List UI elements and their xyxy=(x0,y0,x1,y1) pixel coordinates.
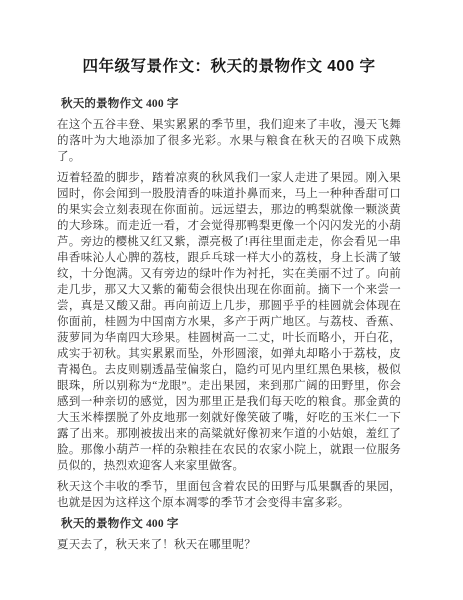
document-page: 四年级写景作文：秋天的景物作文 400 字 秋天的景物作文 400 字 在这个五… xyxy=(0,0,463,600)
section-heading-2: 秋天的景物作文 400 字 xyxy=(57,516,401,532)
paragraph-intro: 在这个五谷丰登、果实累累的季节里，我们迎来了丰收，漫天飞舞的落叶为大地添加了很多… xyxy=(57,117,401,165)
paragraph-conclusion: 秋天这个丰收的季节，里面包含着农民的田野与瓜果飘香的果园，也就是因为这样这个原本… xyxy=(57,479,401,511)
paragraph-question: 夏天去了，秋天来了！秋天在哪里呢？ xyxy=(57,537,401,553)
essay-title: 四年级写景作文：秋天的景物作文 400 字 xyxy=(57,56,401,78)
paragraph-main: 迈着轻盈的脚步，踏着凉爽的秋风我们一家人走进了果园。刚入果园时，你会闻到一股股清… xyxy=(57,170,401,474)
section-heading-1: 秋天的景物作文 400 字 xyxy=(57,96,401,112)
